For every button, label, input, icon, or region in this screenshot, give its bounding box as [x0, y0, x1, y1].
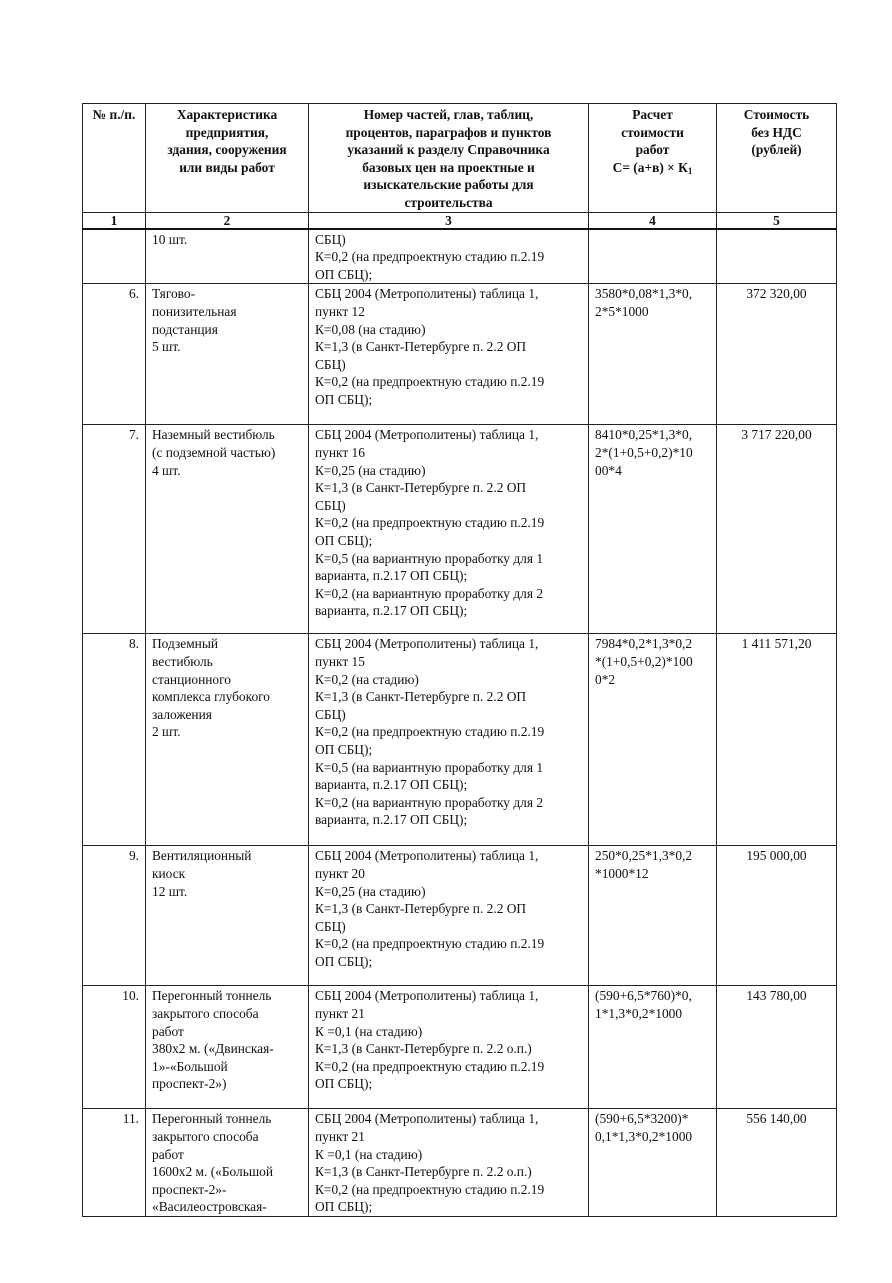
row-calculation: 250*0,25*1,3*0,2*1000*12: [589, 846, 717, 986]
row-calculation: 3580*0,08*1,3*0,2*5*1000: [589, 284, 717, 425]
row-characteristic-line: работ: [152, 1023, 302, 1041]
header-reference: Номер частей, глав, таблиц,процентов, па…: [309, 104, 589, 213]
header-row: № п./п. Характеристикапредприятия,здания…: [83, 104, 837, 213]
row-reference-line: пункт 16: [315, 444, 582, 462]
row-reference-line: К=0,2 (на предпроектную стадию п.2.19: [315, 514, 582, 532]
row-characteristic-line: 380х2 м. («Двинская-: [152, 1040, 302, 1058]
row-characteristic-line: 2 шт.: [152, 723, 302, 741]
row-reference-line: ОП СБЦ);: [315, 1198, 582, 1216]
header-text-line: (рублей): [723, 141, 830, 159]
column-number-row: 1 2 3 4 5: [83, 212, 837, 229]
row-characteristic-line: станционного: [152, 671, 302, 689]
row-calculation-line: 0,1*1,3*0,2*1000: [595, 1128, 710, 1146]
row-reference-line: ОП СБЦ);: [315, 391, 582, 409]
table-row: 10 шт.СБЦ)К=0,2 (на предпроектную стадию…: [83, 229, 837, 284]
row-reference-line: СБЦ 2004 (Метрополитены) таблица 1,: [315, 285, 582, 303]
row-calculation-line: 00*4: [595, 462, 710, 480]
row-reference-line: К=0,5 (на вариантную проработку для 1: [315, 550, 582, 568]
row-reference-line: К=0,25 (на стадию): [315, 462, 582, 480]
table-row: 6.Тягово-понизительнаяподстанция5 шт.СБЦ…: [83, 284, 837, 425]
row-characteristic-line: заложения: [152, 706, 302, 724]
row-calculation-line: 2*5*1000: [595, 303, 710, 321]
row-characteristic-line: 12 шт.: [152, 883, 302, 901]
row-characteristic: Перегонный тоннельзакрытого способаработ…: [146, 1109, 309, 1217]
row-reference-line: пункт 20: [315, 865, 582, 883]
row-calculation: 7984*0,2*1,3*0,2*(1+0,5+0,2)*1000*2: [589, 634, 717, 846]
row-number: [83, 229, 146, 284]
row-calculation-line: 8410*0,25*1,3*0,: [595, 426, 710, 444]
row-reference-line: К=0,2 (на стадию): [315, 671, 582, 689]
row-reference-line: К=0,2 (на предпроектную стадию п.2.19: [315, 723, 582, 741]
row-reference-line: К =0,1 (на стадию): [315, 1146, 582, 1164]
row-calculation-line: (590+6,5*3200)*: [595, 1110, 710, 1128]
row-reference-line: СБЦ 2004 (Метрополитены) таблица 1,: [315, 987, 582, 1005]
column-number: 1: [83, 212, 146, 229]
row-reference: СБЦ 2004 (Метрополитены) таблица 1,пункт…: [309, 986, 589, 1109]
row-calculation-line: 0*2: [595, 671, 710, 689]
row-calculation: [589, 229, 717, 284]
row-characteristic-line: (с подземной частью): [152, 444, 302, 462]
header-text-line: или виды работ: [152, 159, 302, 177]
table-row: 8.Подземныйвестибюльстанционногокомплекс…: [83, 634, 837, 846]
row-reference: СБЦ 2004 (Метрополитены) таблица 1,пункт…: [309, 634, 589, 846]
header-cost: Стоимостьбез НДС(рублей): [717, 104, 837, 213]
header-text-line: процентов, параграфов и пунктов: [315, 124, 582, 142]
row-reference-line: ОП СБЦ);: [315, 532, 582, 550]
row-number: 8.: [83, 634, 146, 846]
row-characteristic-line: закрытого способа: [152, 1005, 302, 1023]
column-number: 3: [309, 212, 589, 229]
row-reference-line: пункт 12: [315, 303, 582, 321]
row-calculation-line: 2*(1+0,5+0,2)*10: [595, 444, 710, 462]
row-characteristic-line: «Василеостровская-: [152, 1198, 302, 1216]
row-reference-line: СБЦ): [315, 356, 582, 374]
row-calculation-line: 250*0,25*1,3*0,2: [595, 847, 710, 865]
row-characteristic: Тягово-понизительнаяподстанция5 шт.: [146, 284, 309, 425]
row-reference-line: пункт 15: [315, 653, 582, 671]
row-reference-line: СБЦ): [315, 497, 582, 515]
row-reference: СБЦ 2004 (Метрополитены) таблица 1,пункт…: [309, 846, 589, 986]
row-number: 11.: [83, 1109, 146, 1217]
row-reference: СБЦ 2004 (Метрополитены) таблица 1,пункт…: [309, 1109, 589, 1217]
table-row: 10.Перегонный тоннельзакрытого способара…: [83, 986, 837, 1109]
row-reference-line: СБЦ): [315, 231, 582, 249]
row-characteristic-line: Вентиляционный: [152, 847, 302, 865]
header-text-line: строительства: [315, 194, 582, 212]
row-characteristic-line: вестибюль: [152, 653, 302, 671]
row-cost: 195 000,00: [717, 846, 837, 986]
row-reference: СБЦ 2004 (Метрополитены) таблица 1,пункт…: [309, 284, 589, 425]
header-text-line: Номер частей, глав, таблиц,: [315, 106, 582, 124]
row-reference-line: пункт 21: [315, 1128, 582, 1146]
row-calculation-line: *(1+0,5+0,2)*100: [595, 653, 710, 671]
header-text-line: здания, сооружения: [152, 141, 302, 159]
row-reference-line: К=0,2 (на предпроектную стадию п.2.19: [315, 373, 582, 391]
table-row: 7.Наземный вестибюль(с подземной частью)…: [83, 425, 837, 634]
row-reference-line: СБЦ): [315, 706, 582, 724]
header-text-line: указаний к разделу Справочника: [315, 141, 582, 159]
row-reference-line: СБЦ 2004 (Метрополитены) таблица 1,: [315, 847, 582, 865]
row-characteristic-line: киоск: [152, 865, 302, 883]
row-reference-line: К=0,2 (на предпроектную стадию п.2.19: [315, 935, 582, 953]
row-characteristic: Вентиляционныйкиоск12 шт.: [146, 846, 309, 986]
row-characteristic-line: подстанция: [152, 321, 302, 339]
row-characteristic-line: 4 шт.: [152, 462, 302, 480]
header-calculation: Расчет стоимости работ С= (а+в) × К1: [589, 104, 717, 213]
row-reference-line: ОП СБЦ);: [315, 266, 582, 284]
row-characteristic-line: Тягово-: [152, 285, 302, 303]
table-row: 9.Вентиляционныйкиоск12 шт.СБЦ 2004 (Мет…: [83, 846, 837, 986]
row-reference-line: К=0,08 (на стадию): [315, 321, 582, 339]
row-cost: 556 140,00: [717, 1109, 837, 1217]
row-characteristic-line: понизительная: [152, 303, 302, 321]
row-characteristic-line: Перегонный тоннель: [152, 1110, 302, 1128]
row-number: 10.: [83, 986, 146, 1109]
row-reference-line: К=0,2 (на вариантную проработку для 2: [315, 585, 582, 603]
row-reference-line: К=1,3 (в Санкт-Петербурге п. 2.2 о.п.): [315, 1163, 582, 1181]
row-characteristic-line: Перегонный тоннель: [152, 987, 302, 1005]
header-text-line: предприятия,: [152, 124, 302, 142]
row-characteristic-line: закрытого способа: [152, 1128, 302, 1146]
row-reference-line: СБЦ): [315, 918, 582, 936]
row-characteristic: Подземныйвестибюльстанционногокомплекса …: [146, 634, 309, 846]
row-reference-line: ОП СБЦ);: [315, 1075, 582, 1093]
row-characteristic-line: 10 шт.: [152, 231, 302, 249]
row-reference-line: варианта, п.2.17 ОП СБЦ);: [315, 567, 582, 585]
row-characteristic: 10 шт.: [146, 229, 309, 284]
row-calculation-line: 7984*0,2*1,3*0,2: [595, 635, 710, 653]
column-number: 4: [589, 212, 717, 229]
header-characteristic: Характеристикапредприятия,здания, сооруж…: [146, 104, 309, 213]
row-reference-line: К=0,25 (на стадию): [315, 883, 582, 901]
table-row: 11.Перегонный тоннельзакрытого способара…: [83, 1109, 837, 1217]
row-cost: [717, 229, 837, 284]
header-text-line: базовых цен на проектные и: [315, 159, 582, 177]
row-characteristic-line: 5 шт.: [152, 338, 302, 356]
row-calculation: (590+6,5*760)*0,1*1,3*0,2*1000: [589, 986, 717, 1109]
row-reference-line: пункт 21: [315, 1005, 582, 1023]
row-cost: 1 411 571,20: [717, 634, 837, 846]
row-characteristic-line: Подземный: [152, 635, 302, 653]
row-characteristic-line: проспект-2»-: [152, 1181, 302, 1199]
row-reference-line: СБЦ 2004 (Метрополитены) таблица 1,: [315, 635, 582, 653]
row-reference-line: К=0,5 (на вариантную проработку для 1: [315, 759, 582, 777]
row-reference-line: варианта, п.2.17 ОП СБЦ);: [315, 776, 582, 794]
row-reference-line: К =0,1 (на стадию): [315, 1023, 582, 1041]
row-reference-line: К=1,3 (в Санкт-Петербурге п. 2.2 ОП: [315, 688, 582, 706]
row-number: 9.: [83, 846, 146, 986]
row-reference: СБЦ)К=0,2 (на предпроектную стадию п.2.1…: [309, 229, 589, 284]
row-reference-line: К=0,2 (на предпроектную стадию п.2.19: [315, 1181, 582, 1199]
row-reference-line: К=0,2 (на предпроектную стадию п.2.19: [315, 1058, 582, 1076]
row-characteristic-line: 1600х2 м. («Большой: [152, 1163, 302, 1181]
header-text-line: Стоимость: [723, 106, 830, 124]
row-reference-line: К=0,2 (на вариантную проработку для 2: [315, 794, 582, 812]
row-reference-line: К=1,3 (в Санкт-Петербурге п. 2.2 о.п.): [315, 1040, 582, 1058]
row-characteristic-line: работ: [152, 1146, 302, 1164]
row-reference-line: ОП СБЦ);: [315, 741, 582, 759]
row-reference-line: К=1,3 (в Санкт-Петербурге п. 2.2 ОП: [315, 479, 582, 497]
row-calculation-line: *1000*12: [595, 865, 710, 883]
row-reference-line: К=0,2 (на предпроектную стадию п.2.19: [315, 248, 582, 266]
row-characteristic-line: проспект-2»): [152, 1075, 302, 1093]
column-number: 5: [717, 212, 837, 229]
document-page: № п./п. Характеристикапредприятия,здания…: [0, 0, 892, 1283]
row-number: 6.: [83, 284, 146, 425]
row-characteristic-line: Наземный вестибюль: [152, 426, 302, 444]
row-number: 7.: [83, 425, 146, 634]
header-text-line: без НДС: [723, 124, 830, 142]
row-reference-line: варианта, п.2.17 ОП СБЦ);: [315, 811, 582, 829]
row-characteristic-line: 1»-«Большой: [152, 1058, 302, 1076]
row-calculation-line: 3580*0,08*1,3*0,: [595, 285, 710, 303]
row-reference-line: К=1,3 (в Санкт-Петербурге п. 2.2 ОП: [315, 338, 582, 356]
header-text-line: изыскательские работы для: [315, 176, 582, 194]
row-calculation-line: (590+6,5*760)*0,: [595, 987, 710, 1005]
row-characteristic-line: комплекса глубокого: [152, 688, 302, 706]
cost-estimate-table: № п./п. Характеристикапредприятия,здания…: [82, 103, 837, 1217]
row-reference-line: СБЦ 2004 (Метрополитены) таблица 1,: [315, 1110, 582, 1128]
row-reference-line: СБЦ 2004 (Метрополитены) таблица 1,: [315, 426, 582, 444]
column-number: 2: [146, 212, 309, 229]
row-calculation: (590+6,5*3200)*0,1*1,3*0,2*1000: [589, 1109, 717, 1217]
row-calculation-line: 1*1,3*0,2*1000: [595, 1005, 710, 1023]
row-reference-line: варианта, п.2.17 ОП СБЦ);: [315, 602, 582, 620]
header-text-line: Характеристика: [152, 106, 302, 124]
header-number: № п./п.: [83, 104, 146, 213]
row-reference: СБЦ 2004 (Метрополитены) таблица 1,пункт…: [309, 425, 589, 634]
row-cost: 3 717 220,00: [717, 425, 837, 634]
row-cost: 372 320,00: [717, 284, 837, 425]
row-characteristic: Наземный вестибюль(с подземной частью)4 …: [146, 425, 309, 634]
row-calculation: 8410*0,25*1,3*0,2*(1+0,5+0,2)*1000*4: [589, 425, 717, 634]
row-characteristic: Перегонный тоннельзакрытого способаработ…: [146, 986, 309, 1109]
row-reference-line: ОП СБЦ);: [315, 953, 582, 971]
row-reference-line: К=1,3 (в Санкт-Петербурге п. 2.2 ОП: [315, 900, 582, 918]
row-cost: 143 780,00: [717, 986, 837, 1109]
